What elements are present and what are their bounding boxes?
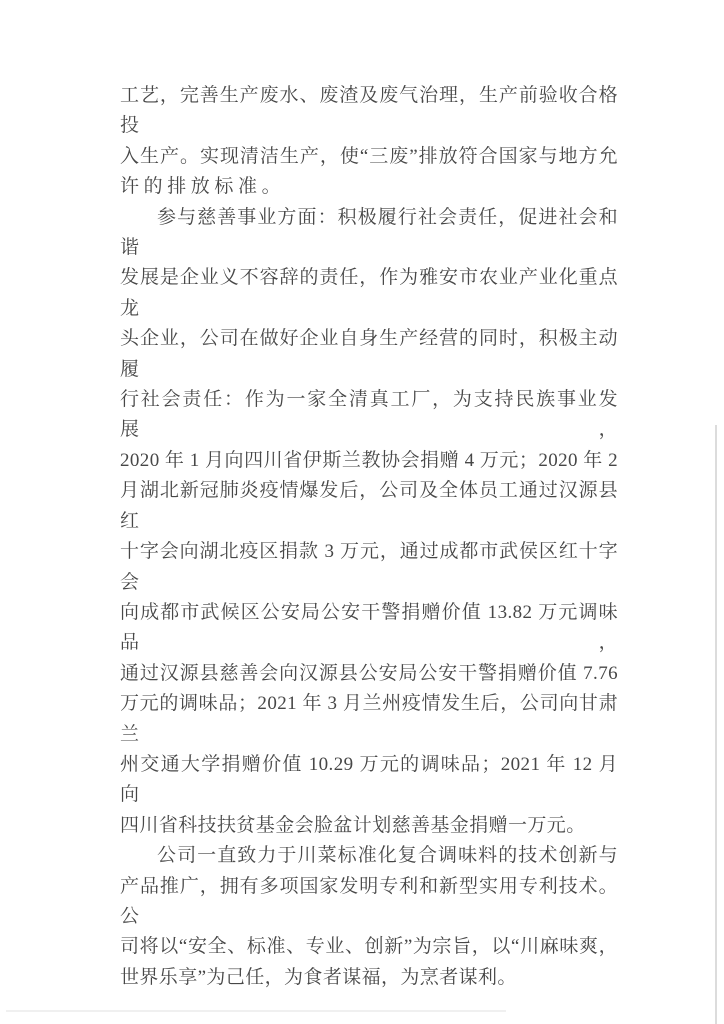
scan-smudge	[6, 1010, 506, 1012]
text-block: 工艺，完善生产废水、废渣及废气治理，生产前验收合格投 入生产。实现清洁生产，使“…	[120, 81, 618, 993]
paragraph-environment: 工艺，完善生产废水、废渣及废气治理，生产前验收合格投 入生产。实现清洁生产，使“…	[120, 81, 618, 203]
text-line: 发展是企业义不容辞的责任，作为雅安市农业产业化重点龙	[120, 263, 618, 324]
text-line: 世界乐享”为己任，为食者谋福，为烹者谋利。	[120, 963, 618, 993]
scan-edge-line	[715, 425, 717, 1024]
text-line: 州交通大学捐赠价值 10.29 万元的调味品；2021 年 12 月向	[120, 750, 618, 811]
text-line: 产品推广，拥有多项国家发明专利和新型实用专利技术。公	[120, 872, 618, 933]
text-line: 司将以“安全、标准、专业、创新”为宗旨，以“川麻味爽，	[120, 932, 618, 962]
text-line: 月湖北新冠肺炎疫情爆发后，公司及全体员工通过汉源县红	[120, 476, 618, 537]
text-line: 2020 年 1 月向四川省伊斯兰教协会捐赠 4 万元；2020 年 2	[120, 446, 618, 476]
text-line: 十字会向湖北疫区捐款 3 万元，通过成都市武侯区红十字会	[120, 537, 618, 598]
paragraph-innovation: 公司一直致力于川菜标准化复合调味料的技术创新与 产品推广，拥有多项国家发明专利和…	[120, 841, 618, 993]
text-line: 许的排放标准。	[120, 172, 618, 202]
scanned-document-page: 工艺，完善生产废水、废渣及废气治理，生产前验收合格投 入生产。实现清洁生产，使“…	[0, 0, 724, 1024]
text-line: 参与慈善事业方面：积极履行社会责任，促进社会和谐	[120, 203, 618, 264]
text-line: 头企业，公司在做好企业自身生产经营的同时，积极主动履	[120, 324, 618, 385]
text-line: 万元的调味品；2021 年 3 月兰州疫情发生后，公司向甘肃兰	[120, 689, 618, 750]
text-line: 通过汉源县慈善会向汉源县公安局公安干警捐赠价值 7.76	[120, 659, 618, 689]
text-line: 公司一直致力于川菜标准化复合调味料的技术创新与	[120, 841, 618, 871]
text-line: 入生产。实现清洁生产，使“三废”排放符合国家与地方允	[120, 142, 618, 172]
text-line: 工艺，完善生产废水、废渣及废气治理，生产前验收合格投	[120, 81, 618, 142]
text-line: 四川省科技扶贫基金会脸盆计划慈善基金捐赠一万元。	[120, 811, 618, 841]
paragraph-charity: 参与慈善事业方面：积极履行社会责任，促进社会和谐 发展是企业义不容辞的责任，作为…	[120, 203, 618, 842]
text-line: 向成都市武候区公安局公安干警捐赠价值 13.82 万元调味品，	[120, 598, 618, 659]
text-line: 行社会责任：作为一家全清真工厂，为支持民族事业发展，	[120, 385, 618, 446]
